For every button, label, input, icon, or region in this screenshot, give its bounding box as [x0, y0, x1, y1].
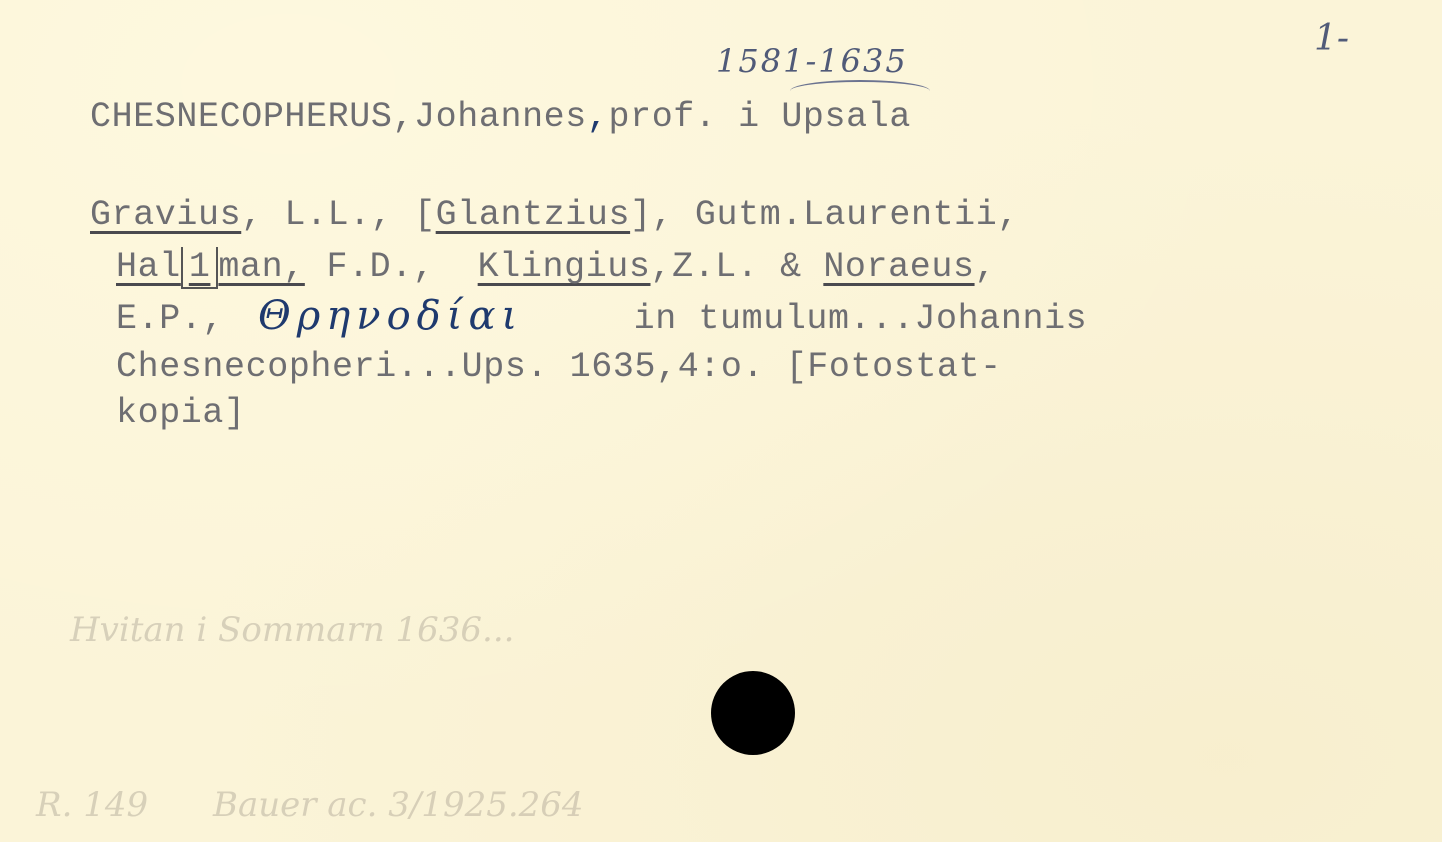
heading-line: CHESNECOPHERUS,Johannes,prof. i Upsala: [90, 100, 911, 135]
bracket-close: ]: [630, 195, 652, 235]
entry-line-2: Hal1man, F.D., Klingius,Z.L. & Noraeus,: [116, 250, 996, 285]
heading-comma: ,: [587, 97, 609, 137]
catalog-card: 1- 1581-1635 CHESNECOPHERUS,Johannes,pro…: [0, 0, 1442, 842]
entry-line-3-initials: E.P.,: [116, 302, 224, 337]
card-number-mark: 1-: [1314, 18, 1349, 59]
entry-line-1: Gravius, L.L., [Glantzius], Gutm.Laurent…: [90, 198, 1019, 233]
line2-trailing-comma: ,: [975, 247, 997, 287]
faint-pencil-note-b: R. 149 Bauer ac. 3/1925.264: [36, 785, 584, 825]
faint-pencil-note-a: Hvitan i Sommarn 1636...: [70, 610, 514, 650]
author-hallman-initials: F.D.,: [305, 247, 478, 287]
author-klingius: Klingius: [478, 247, 651, 287]
author-hallman-box: 1: [181, 247, 219, 289]
entry-line-3-rest: in tumulum...Johannis: [612, 302, 1087, 337]
author-hallman-a: Hal: [116, 247, 181, 287]
entry-line-4: Chesnecopheri...Ups. 1635,4:o. [Fotostat…: [116, 350, 1002, 385]
greek-title-handwritten: Θρηνοδίαι: [258, 296, 523, 336]
author-glantzius: Glantzius: [436, 195, 630, 235]
author-gravius: Gravius: [90, 195, 241, 235]
author-noraeus: Noraeus: [823, 247, 974, 287]
heading-title: prof. i Upsala: [609, 97, 911, 137]
bracket-open: [: [414, 195, 436, 235]
heading-name: CHESNECOPHERUS,Johannes: [90, 97, 587, 137]
author-hallman-b: man,: [218, 247, 304, 287]
author-laurentii: , Gutm.Laurentii,: [652, 195, 1019, 235]
author-klingius-initials: ,Z.L. &: [651, 247, 824, 287]
life-dates: 1581-1635: [716, 42, 908, 80]
punch-hole: [711, 671, 795, 755]
entry-line-5: kopia]: [116, 396, 246, 431]
author-gravius-initials: , L.L.,: [241, 195, 414, 235]
